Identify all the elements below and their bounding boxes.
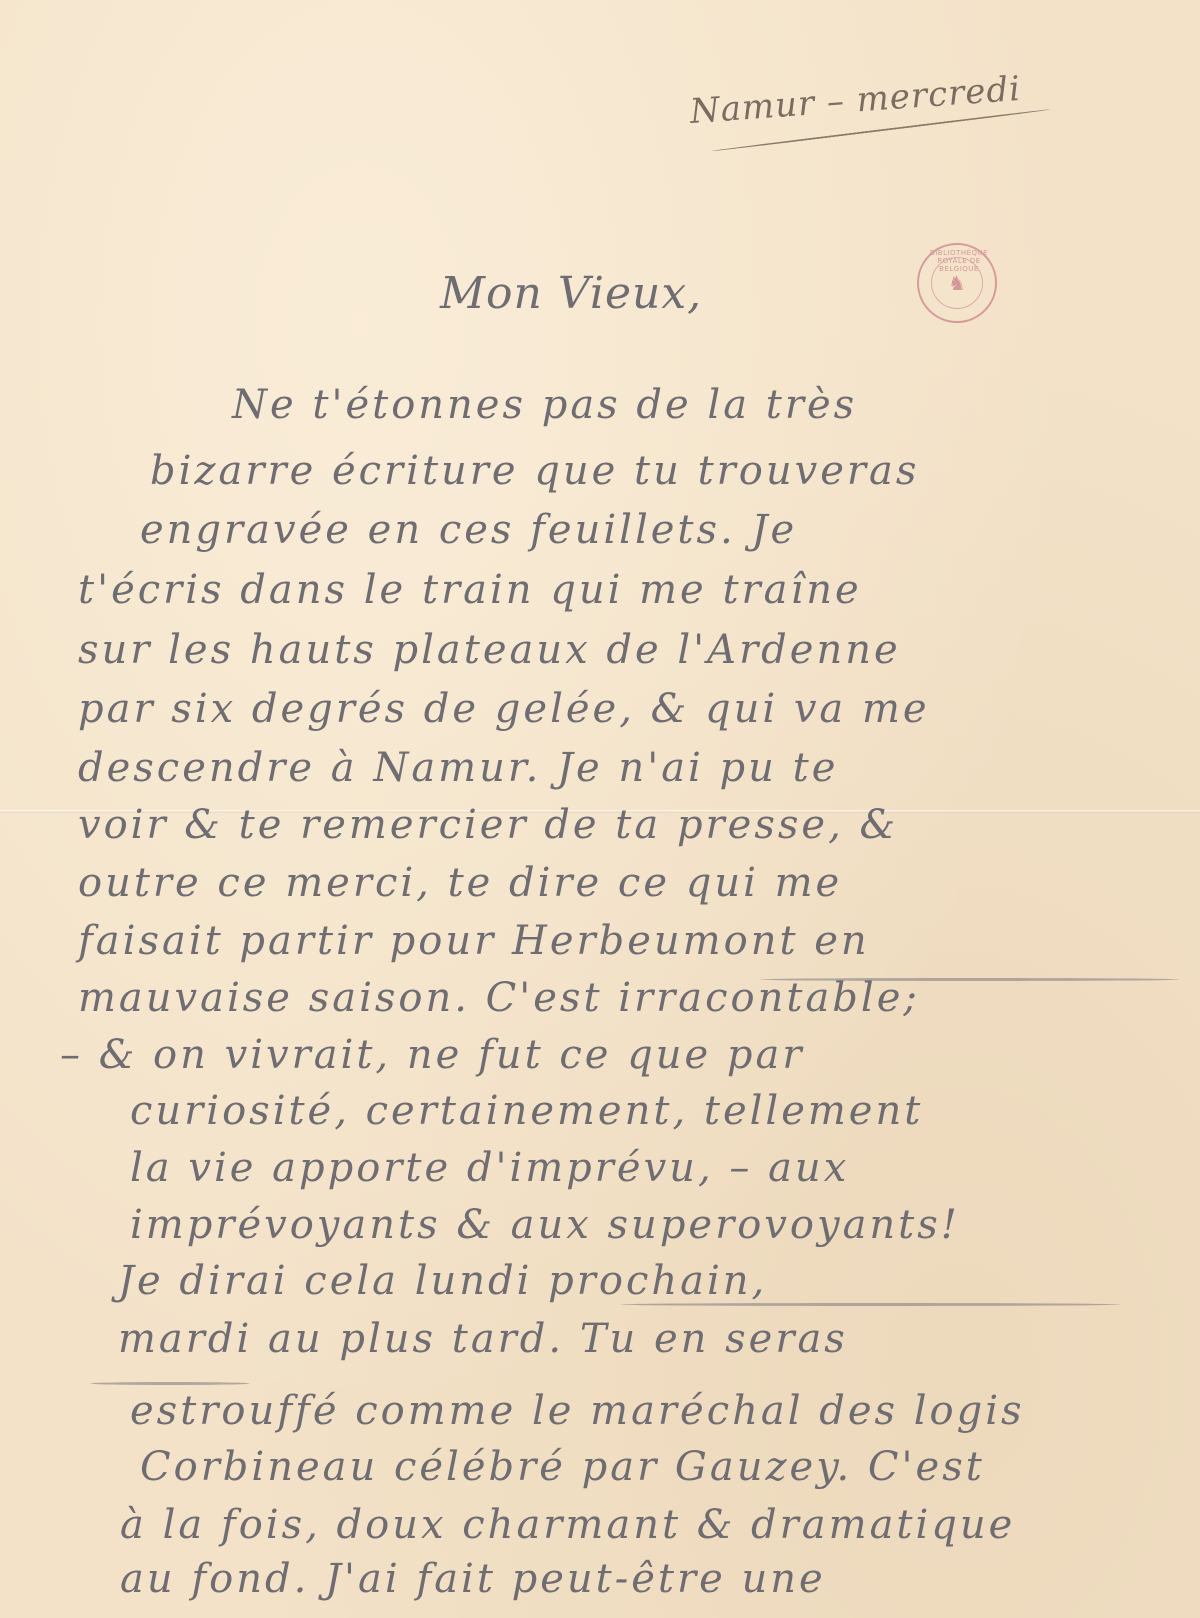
letter-line-9: outre ce merci, te dire ce qui me: [78, 860, 842, 906]
letter-line-18: estrouffé comme le maréchal des logis: [130, 1388, 1025, 1434]
dateline: Namur – mercredi: [689, 69, 1023, 132]
letter-line-20: à la fois, doux charmant & dramatique: [120, 1502, 1015, 1548]
letter-line-10: faisait partir pour Herbeumont en: [78, 918, 870, 964]
letter-line-5: sur les hauts plateaux de l'Ardenne: [78, 627, 901, 673]
letter-line-13: curiosité, certainement, tellement: [130, 1088, 923, 1134]
letter-line-17: mardi au plus tard. Tu en seras: [118, 1316, 848, 1362]
letter-line-12: – & on vivrait, ne fut ce que par: [60, 1032, 804, 1078]
letter-line-8: voir & te remercier de ta presse, &: [78, 802, 898, 848]
underline-irracontable: [760, 978, 1180, 981]
stamp-text: BIBLIOTHÈQUE ROYALE DE BELGIQUE: [919, 249, 999, 273]
letter-line-1: Ne t'étonnes pas de la très: [232, 382, 857, 428]
letter-line-3: engravée en ces feuillets. Je: [140, 507, 797, 553]
letter-line-16: Je dirai cela lundi prochain,: [118, 1258, 767, 1304]
underline-lundi-prochain: [620, 1303, 1120, 1306]
salutation: Mon Vieux,: [440, 268, 702, 319]
letter-line-4: t'écris dans le train qui me traîne: [78, 567, 862, 613]
letter-line-11: mauvaise saison. C'est irracontable;: [78, 975, 920, 1021]
underline-mardi: [90, 1382, 250, 1385]
letter-line-19: Corbineau célébré par Gauzey. C'est: [140, 1444, 985, 1490]
letter-page: Namur – mercredi BIBLIOTHÈQUE ROYALE DE …: [0, 0, 1200, 1618]
letter-line-21: au fond. J'ai fait peut-être une: [120, 1556, 826, 1602]
letter-line-14: la vie apporte d'imprévu, – aux: [130, 1145, 849, 1191]
letter-line-2: bizarre écriture que tu trouveras: [150, 448, 919, 494]
letter-line-7: descendre à Namur. Je n'ai pu te: [78, 745, 838, 791]
library-stamp: BIBLIOTHÈQUE ROYALE DE BELGIQUE ♞: [917, 243, 997, 323]
letter-line-15: imprévoyants & aux superovoyants!: [130, 1202, 960, 1248]
letter-line-6: par six degrés de gelée, & qui va me: [78, 686, 930, 732]
